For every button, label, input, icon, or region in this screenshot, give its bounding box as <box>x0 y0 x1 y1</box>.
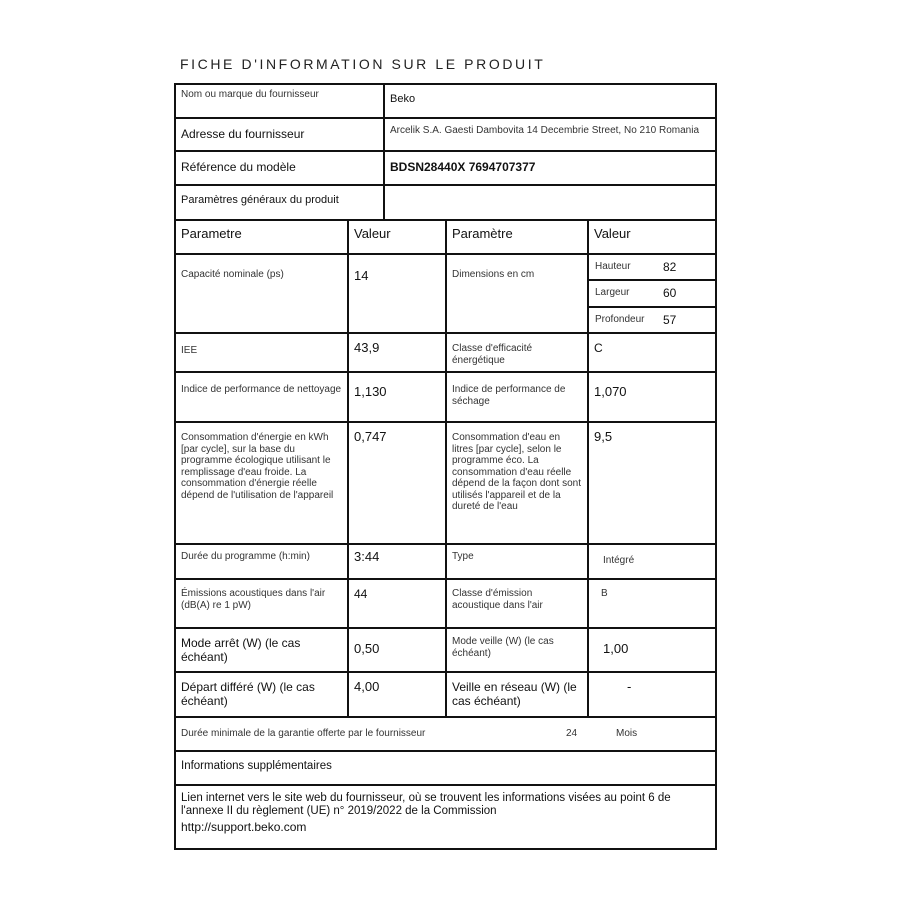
parameter-label: Consommation d'eau en litres [par cycle]… <box>447 423 589 543</box>
header-parameter-1: Parametre <box>176 221 349 253</box>
parameter-value: 0,50 <box>349 629 447 671</box>
parameter-row: IEE 43,9 Classe d'efficacité énergétique… <box>176 334 715 373</box>
parameter-value: C <box>589 334 715 371</box>
dimension-height: Hauteur 82 <box>589 255 715 281</box>
supplier-address-label: Adresse du fournisseur <box>176 119 385 150</box>
parameter-value: 9,5 <box>589 423 715 543</box>
parameter-value: 43,9 <box>349 334 447 371</box>
parameter-value: - <box>589 673 715 716</box>
page-title: FICHE D'INFORMATION SUR LE PRODUIT <box>180 56 545 72</box>
dimension-depth-label: Profondeur <box>595 314 663 326</box>
model-reference-row: Référence du modèle BDSN28440X 769470737… <box>176 152 715 186</box>
parameter-label: IEE <box>176 334 349 371</box>
warranty-unit: Mois <box>616 728 637 740</box>
dimension-width: Largeur 60 <box>589 281 715 307</box>
warranty-cell: Durée minimale de la garantie offerte pa… <box>176 724 715 744</box>
supplier-name-row: Nom ou marque du fournisseur Beko <box>176 85 715 119</box>
parameter-value: 0,747 <box>349 423 447 543</box>
parameter-label: Type <box>447 545 589 578</box>
general-parameters-value <box>385 186 715 219</box>
dimension-depth-value: 57 <box>663 314 676 326</box>
parameter-value: B <box>589 580 715 627</box>
supplier-address-row: Adresse du fournisseur Arcelik S.A. Gaes… <box>176 119 715 152</box>
parameter-label: Mode veille (W) (le cas échéant) <box>447 629 589 671</box>
parameter-label: Émissions acoustiques dans l'air (dB(A) … <box>176 580 349 627</box>
additional-info-label: Informations supplémentaires <box>176 752 715 784</box>
dimension-width-value: 60 <box>663 287 676 299</box>
parameter-row: Mode arrêt (W) (le cas échéant) 0,50 Mod… <box>176 629 715 673</box>
parameter-label: Durée du programme (h:min) <box>176 545 349 578</box>
supplier-link-description: Lien internet vers le site web du fourni… <box>181 792 710 818</box>
general-parameters-row: Paramètres généraux du produit <box>176 186 715 221</box>
parameter-label: Indice de performance de séchage <box>447 373 589 421</box>
supplier-link-cell: Lien internet vers le site web du fourni… <box>176 786 715 848</box>
capacity-dimensions-row: Capacité nominale (ps) 14 Dimensions en … <box>176 255 715 334</box>
warranty-label: Durée minimale de la garantie offerte pa… <box>181 728 566 740</box>
parameter-label: Mode arrêt (W) (le cas échéant) <box>176 629 349 671</box>
supplier-name-value: Beko <box>385 85 715 117</box>
product-information-sheet: Nom ou marque du fournisseur Beko Adress… <box>174 83 717 850</box>
dimension-height-label: Hauteur <box>595 261 663 273</box>
additional-info-row: Informations supplémentaires <box>176 752 715 786</box>
parameter-row: Indice de performance de nettoyage 1,130… <box>176 373 715 423</box>
parameter-value: 1,070 <box>589 373 715 421</box>
parameter-value: 44 <box>349 580 447 627</box>
capacity-label: Capacité nominale (ps) <box>176 255 349 332</box>
parameter-label: Indice de performance de nettoyage <box>176 373 349 421</box>
parameter-label: Consommation d'énergie en kWh [par cycle… <box>176 423 349 543</box>
parameter-value: 3:44 <box>349 545 447 578</box>
parameter-row: Consommation d'énergie en kWh [par cycle… <box>176 423 715 545</box>
parameter-label: Veille en réseau (W) (le cas échéant) <box>447 673 589 716</box>
supplier-name-label: Nom ou marque du fournisseur <box>176 85 385 117</box>
dimension-width-label: Largeur <box>595 287 663 299</box>
parameter-value: 1,130 <box>349 373 447 421</box>
header-value-1: Valeur <box>349 221 447 253</box>
warranty-row: Durée minimale de la garantie offerte pa… <box>176 718 715 752</box>
parameters-header-row: Parametre Valeur Paramètre Valeur <box>176 221 715 255</box>
warranty-value: 24 <box>566 728 616 740</box>
model-reference-label: Référence du modèle <box>176 152 385 184</box>
parameter-value: Intégré <box>589 545 715 578</box>
supplier-address-value: Arcelik S.A. Gaesti Dambovita 14 Decembr… <box>385 119 715 150</box>
parameter-value: 1,00 <box>589 629 715 671</box>
header-value-2: Valeur <box>589 221 715 253</box>
parameter-row: Émissions acoustiques dans l'air (dB(A) … <box>176 580 715 629</box>
supplier-link-row: Lien internet vers le site web du fourni… <box>176 786 715 848</box>
parameter-value: 4,00 <box>349 673 447 716</box>
dimensions-label: Dimensions en cm <box>447 255 589 332</box>
supplier-url-link[interactable]: http://support.beko.com <box>181 821 710 834</box>
parameter-label: Classe d'émission acoustique dans l'air <box>447 580 589 627</box>
parameter-label: Classe d'efficacité énergétique <box>447 334 589 371</box>
model-reference-value: BDSN28440X 7694707377 <box>385 152 715 184</box>
dimension-depth: Profondeur 57 <box>589 308 715 332</box>
general-parameters-label: Paramètres généraux du produit <box>176 186 385 219</box>
dimensions-values: Hauteur 82 Largeur 60 Profondeur 57 <box>589 255 715 332</box>
dimension-height-value: 82 <box>663 261 676 273</box>
header-parameter-2: Paramètre <box>447 221 589 253</box>
parameter-row: Départ différé (W) (le cas échéant) 4,00… <box>176 673 715 718</box>
parameter-row: Durée du programme (h:min) 3:44 Type Int… <box>176 545 715 580</box>
capacity-value: 14 <box>349 255 447 332</box>
parameter-label: Départ différé (W) (le cas échéant) <box>176 673 349 716</box>
